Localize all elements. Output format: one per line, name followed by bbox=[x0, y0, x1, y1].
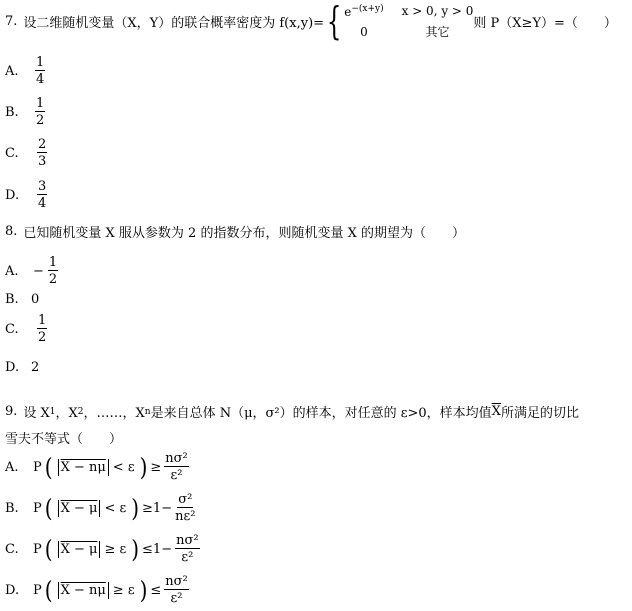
q7-stem: 7. 设二维随机变量（X，Y）的联合概率密度为 f(x,y)= { e−(x+y… bbox=[5, 2, 617, 40]
q9-option-a[interactable]: A. P ( X − nμ < ε ) ≥ nσ²ε² bbox=[5, 452, 189, 482]
q9-stem-line2: 雪夫不等式（ ） bbox=[5, 428, 122, 447]
q7-number: 7. bbox=[5, 14, 17, 29]
q7-option-a[interactable]: A. 14 bbox=[5, 56, 45, 86]
q8-option-a[interactable]: A. − 12 bbox=[5, 256, 58, 286]
q7-stem-prefix: 设二维随机变量（X，Y）的联合概率密度为 f(x,y)= bbox=[23, 12, 324, 31]
q8-number: 8. bbox=[5, 224, 17, 239]
q9-option-c[interactable]: C. P ( X − μ ≥ ε ) ≤ 1− nσ²ε² bbox=[5, 534, 200, 564]
q8-stem: 8. 已知随机变量 X 服从参数为 2 的指数分布，则随机变量 X 的期望为（ … bbox=[5, 222, 465, 241]
q9-number: 9. bbox=[5, 404, 17, 419]
q9-option-d[interactable]: D. P ( X − nμ ≥ ε ) ≤ nσ²ε² bbox=[5, 575, 189, 605]
q7-stem-suffix: 则 P（X≥Y）=（ ） bbox=[473, 12, 617, 31]
q8-option-d[interactable]: D. 2 bbox=[5, 360, 39, 375]
q9-option-b[interactable]: B. P ( X − μ < ε ) ≥ 1− σ²nε² bbox=[5, 493, 195, 523]
q9-stem-line1: 9. 设 X1 ，X2 ，……，Xn 是来自总体 N（μ，σ²）的样本，对任意的… bbox=[5, 402, 579, 421]
q7-option-d[interactable]: D. 34 bbox=[5, 180, 47, 210]
q8-stem-text: 已知随机变量 X 服从参数为 2 的指数分布，则随机变量 X 的期望为（ ） bbox=[23, 222, 465, 241]
q7-piecewise: e−(x+y) x > 0, y > 0 0 其它 bbox=[344, 5, 473, 38]
left-brace-icon: { bbox=[327, 2, 342, 40]
q8-option-b[interactable]: B. 0 bbox=[5, 292, 39, 307]
q8-option-c[interactable]: C. 12 bbox=[5, 314, 47, 344]
q7-option-c[interactable]: C. 23 bbox=[5, 138, 47, 168]
q7-option-b[interactable]: B. 12 bbox=[5, 97, 45, 127]
x-bar: X bbox=[492, 404, 501, 419]
